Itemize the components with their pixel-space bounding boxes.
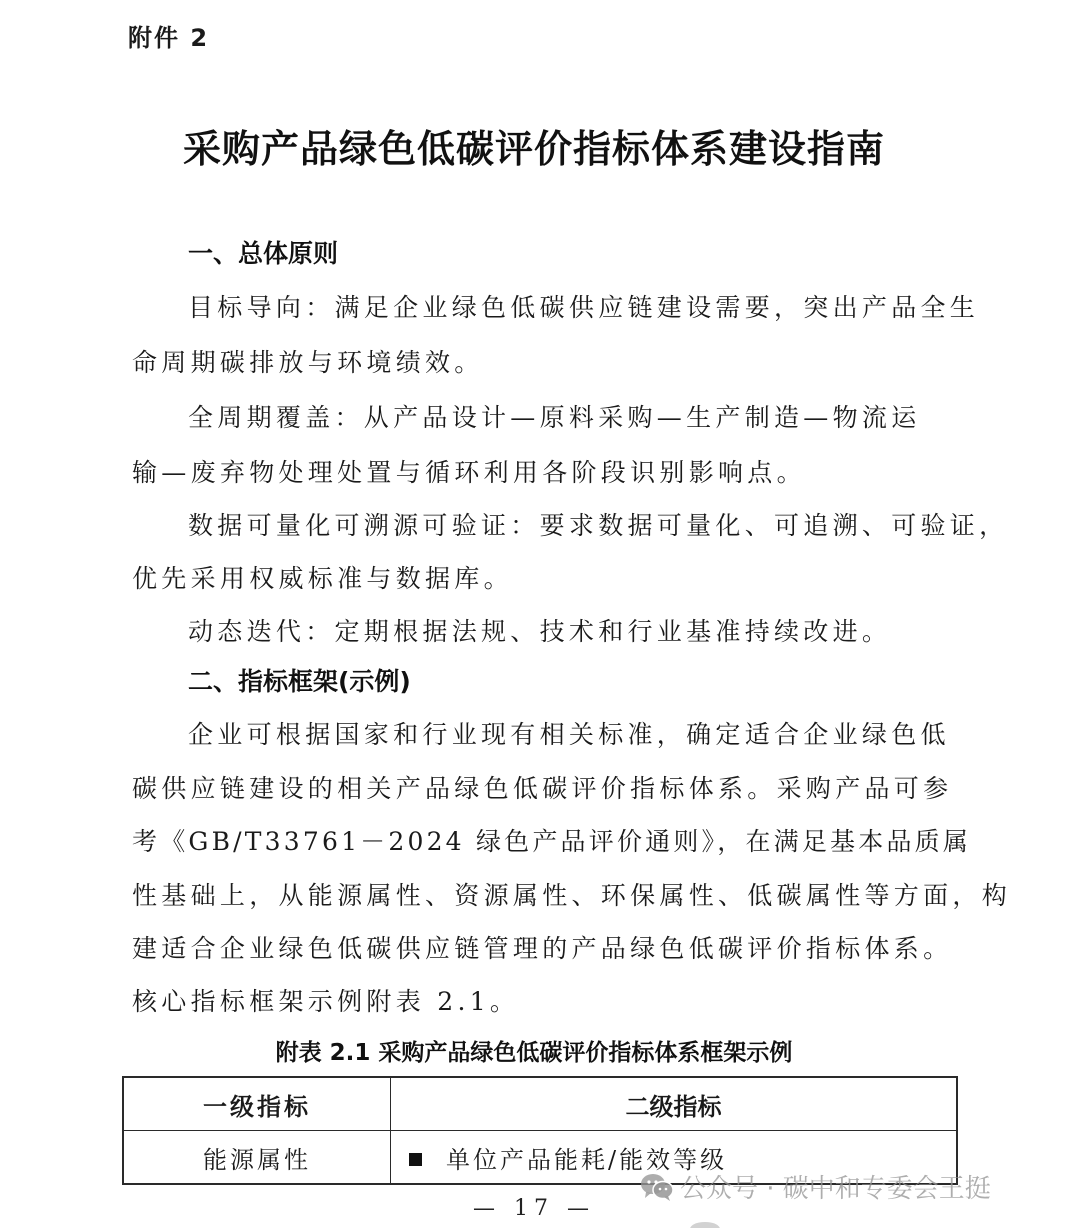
table-caption: 附表 2.1 采购产品绿色低碳评价指标体系框架示例 [0, 1034, 1068, 1067]
paragraph-line: 输—废弃物处理处置与循环利用各阶段识别影响点。 [132, 453, 806, 489]
paragraph-line: 命周期碳排放与环境绩效。 [132, 343, 484, 379]
page-number: — 17 — [0, 1196, 1068, 1221]
paragraph-line: 优先采用权威标准与数据库。 [132, 559, 513, 595]
paragraph-line: 全周期覆盖：从产品设计—原料采购—生产制造—物流运 [188, 398, 921, 434]
paragraph-line: 考《GB/T33761－2024 绿色产品评价通则》，在满足基本品质属 [132, 822, 971, 858]
paragraph-line: 性基础上，从能源属性、资源属性、环保属性、低碳属性等方面，构 [132, 876, 1011, 912]
table-header-row: 一级指标 二级指标 [123, 1077, 957, 1131]
paragraph-line: 核心指标框架示例附表 2.1。 [132, 982, 519, 1018]
section-heading-general-principles: 一、总体原则 [188, 234, 338, 270]
column-header-level2: 二级指标 [391, 1077, 958, 1131]
paragraph-line: 碳供应链建设的相关产品绿色低碳评价指标体系。采购产品可参 [132, 769, 952, 805]
paragraph-line: 目标导向：满足企业绿色低碳供应链建设需要，突出产品全生 [188, 288, 979, 324]
paragraph-line: 数据可量化可溯源可验证：要求数据可量化、可追溯、可验证， [188, 506, 1008, 542]
section-heading-indicator-framework: 二、指标框架(示例) [188, 662, 411, 698]
watermark-ghost-shape [690, 1222, 720, 1228]
paragraph-line: 动态迭代：定期根据法规、技术和行业基准持续改进。 [188, 612, 891, 648]
paragraph-line: 企业可根据国家和行业现有相关标准，确定适合企业绿色低 [188, 715, 950, 751]
attachment-label: 附件 2 [128, 18, 209, 53]
column-header-level1: 一级指标 [123, 1077, 391, 1131]
square-bullet-icon [409, 1153, 422, 1166]
document-title: 采购产品绿色低碳评价指标体系建设指南 [0, 118, 1068, 173]
paragraph-line: 建适合企业绿色低碳供应链管理的产品绿色低碳评价指标体系。 [132, 929, 952, 965]
level1-indicator-cell: 能源属性 [123, 1131, 391, 1185]
